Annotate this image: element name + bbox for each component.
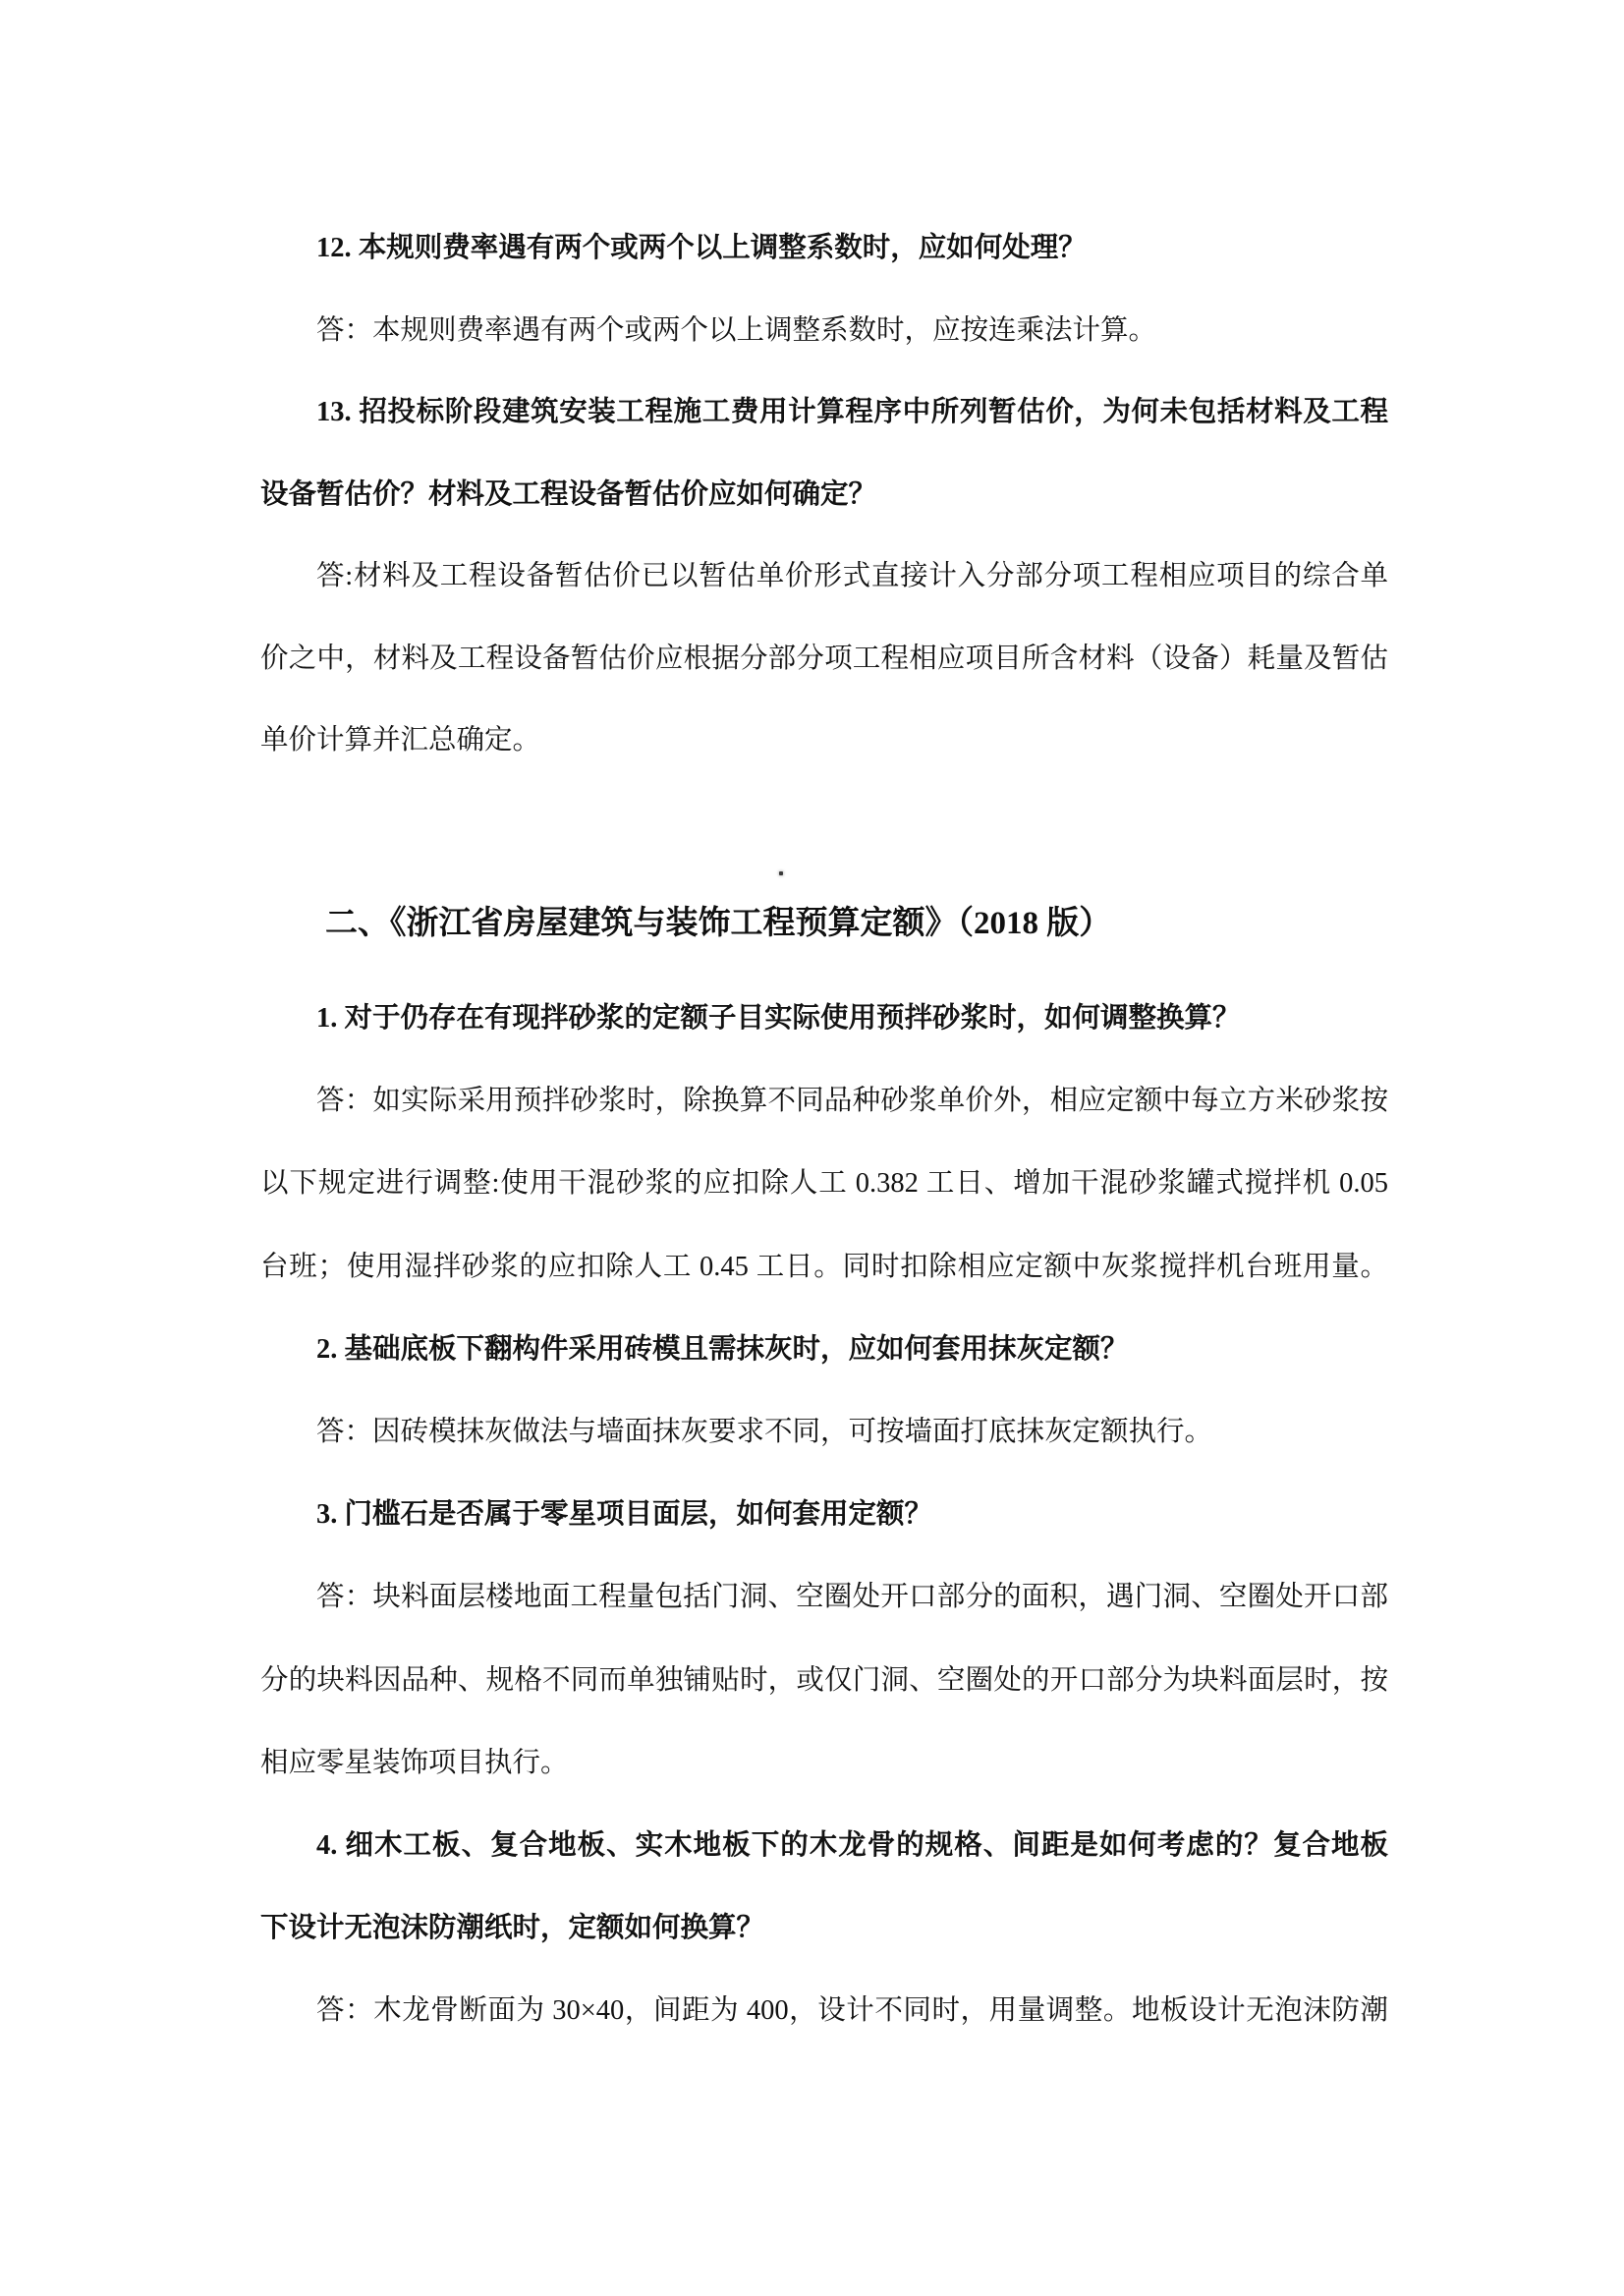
section-heading: 二、《浙江省房屋建筑与装饰工程预算定额》（2018 版）	[260, 901, 1388, 946]
answer-13-line-1: 答:材料及工程设备暂估价已以暂估单价形式直接计入分部分项工程相应项目的综合单	[260, 535, 1388, 618]
question-1-line: 1. 对于仍存在有现拌砂浆的定额子目实际使用预拌砂浆时，如何调整换算？	[260, 978, 1388, 1060]
qa-block-part1: 12. 本规则费率遇有两个或两个以上调整系数时，应如何处理？ 答：本规则费率遇有…	[260, 207, 1388, 782]
question-2-line: 2. 基础底板下翻构件采用砖模且需抹灰时，应如何套用抹灰定额？	[260, 1309, 1388, 1391]
scan-artifact-dot	[779, 871, 783, 875]
answer-13-line-2: 价之中，材料及工程设备暂估价应根据分部分项工程相应项目所含材料（设备）耗量及暂估	[260, 618, 1388, 700]
answer-12-line: 答：本规则费率遇有两个或两个以上调整系数时，应按连乘法计算。	[260, 290, 1388, 372]
answer-3-line-2: 分的块料因品种、规格不同而单独铺贴时，或仅门洞、空圈处的开口部分为块料面层时，按	[260, 1640, 1388, 1722]
answer-2-line: 答：因砖模抹灰做法与墙面抹灰要求不同，可按墙面打底抹灰定额执行。	[260, 1391, 1388, 1474]
question-3-line: 3. 门槛石是否属于零星项目面层，如何套用定额？	[260, 1474, 1388, 1556]
scanned-document-page: 12. 本规则费率遇有两个或两个以上调整系数时，应如何处理？ 答：本规则费率遇有…	[0, 0, 1624, 2296]
question-13-line-1: 13. 招投标阶段建筑安装工程施工费用计算程序中所列暂估价，为何未包括材料及工程	[260, 371, 1388, 454]
answer-3-line-3: 相应零星装饰项目执行。	[260, 1722, 1388, 1805]
question-4-line-2: 下设计无泡沫防潮纸时，定额如何换算？	[260, 1887, 1388, 1970]
question-13-line-2: 设备暂估价？材料及工程设备暂估价应如何确定？	[260, 454, 1388, 536]
question-12-line: 12. 本规则费率遇有两个或两个以上调整系数时，应如何处理？	[260, 207, 1388, 290]
answer-3-line-1: 答：块料面层楼地面工程量包括门洞、空圈处开口部分的面积，遇门洞、空圈处开口部	[260, 1556, 1388, 1639]
qa-block-part2: 1. 对于仍存在有现拌砂浆的定额子目实际使用预拌砂浆时，如何调整换算？ 答：如实…	[260, 978, 1388, 2053]
answer-4-line-1: 答：木龙骨断面为 30×40，间距为 400，设计不同时，用量调整。地板设计无泡…	[260, 1970, 1388, 2052]
answer-1-line-3: 台班；使用湿拌砂浆的应扣除人工 0.45 工日。同时扣除相应定额中灰浆搅拌机台班…	[260, 1226, 1388, 1309]
answer-1-line-2: 以下规定进行调整:使用干混砂浆的应扣除人工 0.382 工日、增加干混砂浆罐式搅…	[260, 1143, 1388, 1225]
answer-1-line-1: 答：如实际采用预拌砂浆时，除换算不同品种砂浆单价外，相应定额中每立方米砂浆按	[260, 1060, 1388, 1143]
answer-13-line-3: 单价计算并汇总确定。	[260, 700, 1388, 782]
question-4-line-1: 4. 细木工板、复合地板、实木地板下的木龙骨的规格、间距是如何考虑的？复合地板	[260, 1805, 1388, 1887]
